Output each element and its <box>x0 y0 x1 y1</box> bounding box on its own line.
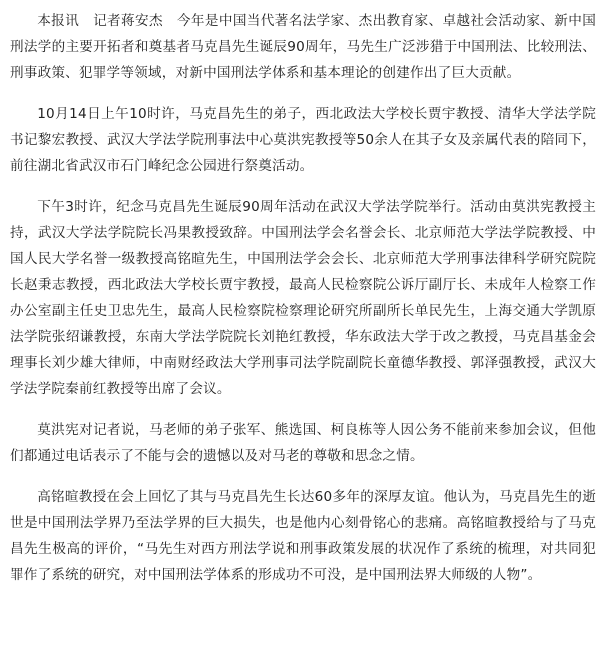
news-article: 本报讯 记者蒋安杰 今年是中国当代著名法学家、杰出教育家、卓越社会活动家、新中国… <box>0 0 606 588</box>
paragraph-memorial-visit: 10月14日上午10时许，马克昌先生的弟子，西北政法大学校长贾宇教授、清华大学法… <box>10 101 596 179</box>
paragraph-intro: 本报讯 记者蒋安杰 今年是中国当代著名法学家、杰出教育家、卓越社会活动家、新中国… <box>10 8 596 86</box>
paragraph-gao-mingxuan-remarks: 高铭暄教授在会上回忆了其与马克昌先生长达60多年的深厚友谊。他认为，马克昌先生的… <box>10 484 596 588</box>
paragraph-commemoration-event: 下午3时许，纪念马克昌先生诞辰90周年活动在武汉大学法学院举行。活动由莫洪宪教授… <box>10 194 596 402</box>
paragraph-absent-disciples: 莫洪宪对记者说，马老师的弟子张军、熊选国、柯良栋等人因公务不能前来参加会议，但他… <box>10 417 596 469</box>
